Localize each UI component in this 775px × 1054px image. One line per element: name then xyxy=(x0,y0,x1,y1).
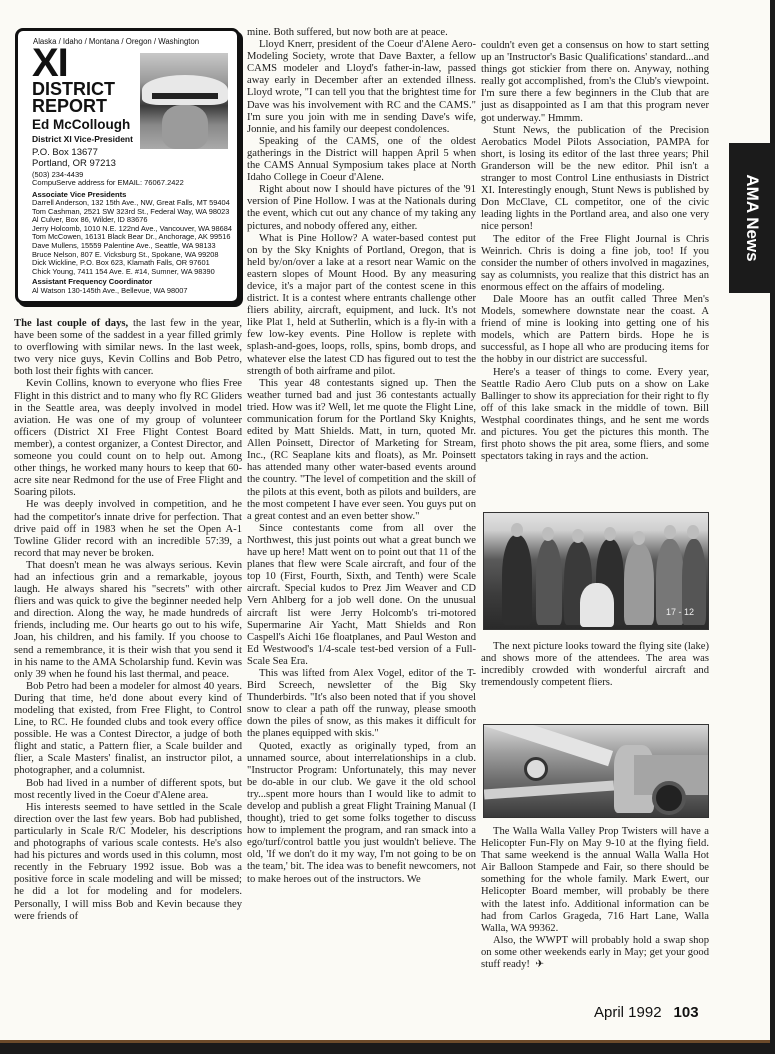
group-photo-pit-area: 17 - 12 xyxy=(483,512,709,630)
biplane-photo-flying-site xyxy=(483,724,709,818)
article-column-1: The last couple of days, the last few in… xyxy=(14,318,242,923)
author-address: P.O. Box 13677 Portland, OR 97213 xyxy=(32,147,116,169)
article-paragraph: The last couple of days, the last few in… xyxy=(14,318,242,378)
photo-date-stamp: 17 - 12 xyxy=(666,607,694,617)
page-number: 103 xyxy=(674,1004,699,1021)
column-title: DISTRICT REPORT xyxy=(32,81,115,115)
article-paragraph: mine. Both suffered, but now both are at… xyxy=(247,27,476,39)
article-paragraph: couldn't even get a consensus on how to … xyxy=(481,40,709,125)
article-paragraph: Bob had lived in a number of different s… xyxy=(14,778,242,802)
author-name: Ed McCollough xyxy=(32,117,130,132)
article-paragraph: Quoted, exactly as originally typed, fro… xyxy=(247,741,476,886)
author-title: District XI Vice-President xyxy=(32,134,133,144)
article-paragraph: The editor of the Free Flight Journal is… xyxy=(481,234,709,294)
author-email: CompuServe address for EMAIL: 76067.2422 xyxy=(32,179,184,187)
article-paragraph: Speaking of the CAMS, one of the oldest … xyxy=(247,136,476,184)
article-column-3-middle: The next picture looks toward the flying… xyxy=(481,641,709,689)
article-paragraph: His interests seemed to have settled in … xyxy=(14,802,242,923)
article-paragraph: The next picture looks toward the flying… xyxy=(481,641,709,689)
article-paragraph: Kevin Collins, known to everyone who fli… xyxy=(14,378,242,499)
district-number: XI xyxy=(32,45,68,81)
article-paragraph: Right about now I should have pictures o… xyxy=(247,184,476,232)
issue-date: April 1992 xyxy=(594,1004,662,1021)
lead-in: The last couple of days, xyxy=(14,318,128,329)
article-paragraph: Bob Petro had been a modeler for almost … xyxy=(14,681,242,778)
article-paragraph: He was deeply involved in competition, a… xyxy=(14,499,242,559)
section-tab-label: AMA News xyxy=(742,174,762,261)
article-paragraph: Lloyd Knerr, president of the Coeur d'Al… xyxy=(247,39,476,136)
magazine-page: Alaska / Idaho / Montana / Oregon / Wash… xyxy=(0,0,770,1043)
associate-vp: Chick Young, 7411 154 Ave. E. #14, Sumne… xyxy=(32,268,232,277)
article-paragraph: Since contestants come from all over the… xyxy=(247,523,476,668)
article-paragraph: Dale Moore has an outfit called Three Me… xyxy=(481,294,709,367)
section-tab: AMA News xyxy=(729,143,775,293)
district-info-box: Alaska / Idaho / Montana / Oregon / Wash… xyxy=(15,28,240,304)
article-paragraph: Here's a teaser of things to come. Every… xyxy=(481,367,709,464)
article-paragraph: That doesn't mean he was always serious.… xyxy=(14,560,242,681)
freq-coordinator-heading: Assistant Frequency Coordinator xyxy=(32,277,152,286)
article-paragraph: This year 48 contestants signed up. Then… xyxy=(247,378,476,523)
freq-coordinator: Al Watson 130-145th Ave., Bellevue, WA 9… xyxy=(32,286,187,295)
article-paragraph: What is Pine Hollow? A water-based conte… xyxy=(247,233,476,378)
article-column-3-top: couldn't even get a consensus on how to … xyxy=(481,40,709,463)
article-paragraph: The Walla Walla Valley Prop Twisters wil… xyxy=(481,826,709,935)
article-column-2: mine. Both suffered, but now both are at… xyxy=(247,27,476,886)
associate-vp-list: Darrell Anderson, 132 15th Ave., NW, Gre… xyxy=(32,199,232,276)
address-line-1: P.O. Box 13677 xyxy=(32,147,116,158)
page-footer: April 1992103 xyxy=(594,1004,699,1021)
address-line-2: Portland, OR 97213 xyxy=(32,158,116,169)
article-paragraph: Stunt News, the publication of the Preci… xyxy=(481,125,709,234)
title-line-2: REPORT xyxy=(32,98,115,115)
article-column-3-bottom: The Walla Walla Valley Prop Twisters wil… xyxy=(481,826,709,971)
airplane-end-mark-icon: ✈ xyxy=(535,959,544,970)
article-paragraph: Also, the WWPT will probably hold a swap… xyxy=(481,935,709,971)
article-paragraph: This was lifted from Alex Vogel, editor … xyxy=(247,668,476,741)
paragraph-text: Also, the WWPT will probably hold a swap… xyxy=(481,935,709,970)
author-portrait-photo xyxy=(140,53,228,149)
